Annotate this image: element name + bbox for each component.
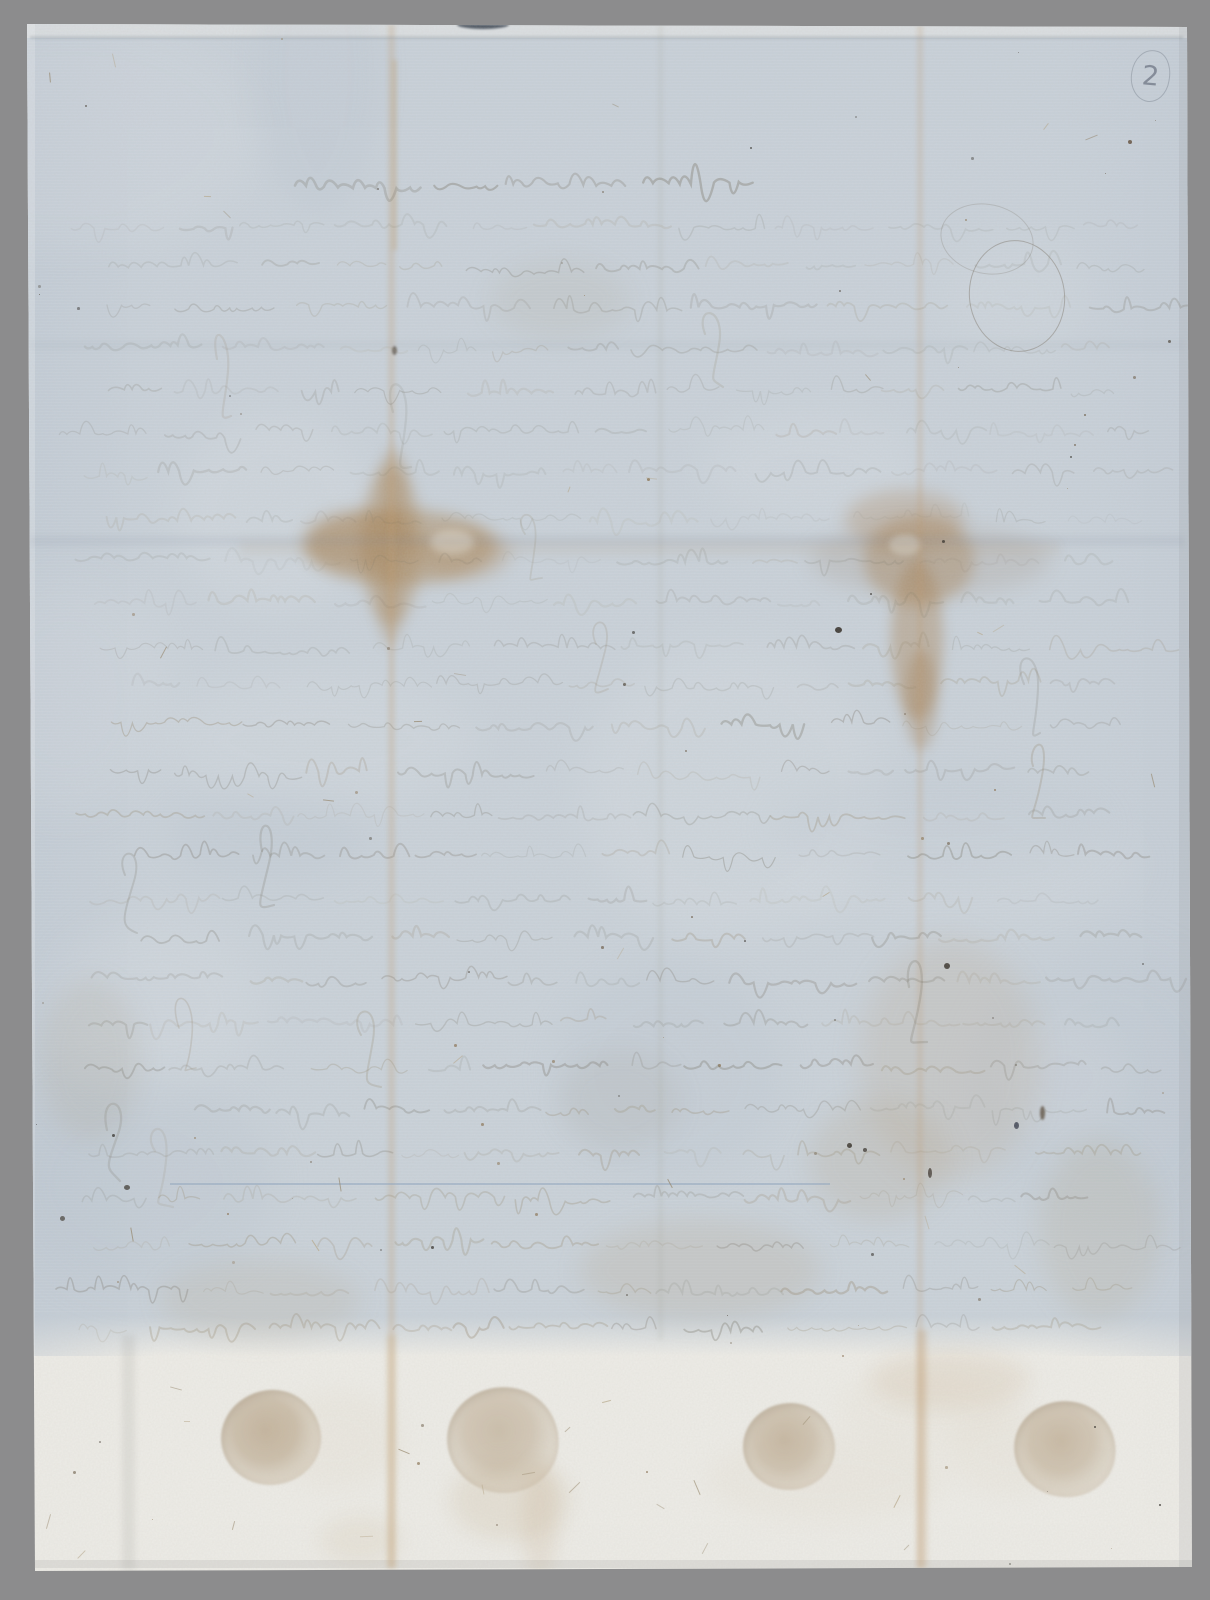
paper-speck: [842, 1355, 844, 1357]
paper-fibre: [204, 196, 211, 197]
paper-speck: [1047, 1491, 1048, 1492]
fold-line-vertical: [658, 24, 663, 1340]
handwriting-bleedthrough: [0, 0, 1210, 1600]
ink-stain: [870, 1350, 1030, 1410]
paper-speck: [1159, 1504, 1161, 1506]
paper-speck: [552, 1060, 555, 1063]
fold-line-horizontal: [30, 36, 1183, 39]
paper-speck: [1133, 376, 1136, 379]
paper-speck: [584, 295, 585, 296]
paper-fibre: [46, 1514, 51, 1529]
paper-mottling: [48, 918, 264, 1092]
fold-line-horizontal: [240, 541, 1060, 555]
paper-mottling: [581, 642, 887, 941]
paper-speck: [42, 1002, 44, 1004]
paper-fibre: [822, 892, 829, 897]
paper-mottling: [706, 1435, 945, 1522]
paper-speck: [1070, 456, 1072, 458]
ink-stain: [361, 465, 421, 625]
left-edge-highlight: [27, 24, 35, 1572]
paper-speck: [727, 1315, 728, 1316]
seal-ring-mark: [962, 234, 1073, 358]
ink-speck: [124, 1185, 130, 1190]
paper-mottling: [177, 414, 373, 612]
paper-fibre: [482, 1484, 485, 1494]
ink-speck: [392, 346, 397, 355]
paper-mottling: [255, 0, 381, 215]
ink-speck: [835, 627, 842, 633]
paper-speck: [921, 837, 924, 840]
paper-mottling: [781, 813, 1140, 919]
ink-speck: [863, 1148, 867, 1152]
paper-fibre: [49, 72, 51, 82]
paper-speck: [535, 1213, 538, 1216]
paper-speck: [1111, 1548, 1112, 1549]
paper-speck: [945, 1466, 948, 1469]
ink-stain: [560, 1050, 680, 1150]
paper-mottling: [938, 238, 1095, 352]
paper-speck: [839, 290, 841, 292]
paper-speck: [73, 1471, 76, 1474]
seal-spot: [743, 1403, 835, 1490]
paper-speck: [481, 1123, 484, 1126]
paper-speck: [750, 147, 752, 149]
paper-speck: [1105, 173, 1106, 174]
paper-speck: [744, 940, 746, 942]
paper-speck: [561, 262, 563, 264]
ink-speck: [1040, 1106, 1045, 1120]
paper-fibre: [693, 1480, 700, 1495]
paper-fibre: [567, 487, 570, 493]
paper-speck: [240, 413, 242, 415]
fold-line-vertical: [917, 24, 923, 1568]
paper-speck: [496, 1524, 498, 1526]
paper-mottling: [769, 773, 1105, 884]
paper-fibre: [617, 948, 624, 960]
ink-stain: [905, 650, 937, 750]
paper-fibre: [1043, 123, 1049, 130]
decor-layer: 2: [0, 0, 1210, 1600]
paper-mottling: [999, 1019, 1129, 1137]
ink-stain: [160, 1260, 360, 1340]
paper-speck: [992, 1017, 994, 1019]
paper-speck: [947, 842, 950, 845]
page-number-annotation: 2: [1127, 47, 1174, 104]
paper-speck: [431, 1246, 434, 1249]
paper-fibre: [232, 1521, 235, 1530]
paper-speck: [77, 307, 80, 310]
ink-stain: [845, 490, 965, 550]
paper-speck: [647, 478, 650, 481]
paper-speck: [194, 1137, 196, 1139]
paper-speck: [626, 1294, 628, 1296]
paper-speck: [618, 1095, 620, 1097]
ink-stain: [450, 1460, 570, 1540]
ink-speck: [944, 963, 950, 969]
paper-fibre: [993, 625, 1005, 633]
ink-stain: [320, 1515, 400, 1565]
paper-fibre: [130, 1228, 133, 1242]
ink-speck: [1128, 140, 1132, 144]
scan-mat: 2: [0, 0, 1210, 1600]
paper-speck: [292, 1198, 293, 1199]
paper-speck: [117, 1281, 119, 1283]
paper-speck: [942, 540, 945, 543]
ink-stain: [490, 260, 630, 340]
paper-fibre: [1151, 774, 1155, 788]
paper-speck: [421, 1424, 424, 1427]
paper-speck: [904, 713, 906, 715]
seal-ring-mark: [934, 195, 1040, 283]
paper-speck: [85, 105, 87, 107]
paper-fibre: [522, 1472, 535, 1475]
paper-speck: [454, 1044, 457, 1047]
paper-speck: [858, 1325, 859, 1326]
paper-speck: [718, 1064, 721, 1067]
bottom-edge-shading: [35, 1560, 1192, 1568]
paper-speck: [965, 219, 967, 221]
paper-speck: [958, 367, 959, 368]
ink-stain: [810, 525, 1050, 595]
paper-speck: [1155, 120, 1156, 121]
paper-fibre: [360, 1536, 373, 1537]
fold-line-vertical: [388, 24, 395, 1568]
paper-speck: [1142, 963, 1144, 965]
fold-line-horizontal: [170, 1183, 830, 1185]
paper-speck: [1162, 1092, 1164, 1094]
paper-speck: [1168, 340, 1171, 343]
paper-speck: [468, 971, 470, 973]
page-number-text: 2: [1141, 60, 1161, 92]
paper-fibre: [1014, 1265, 1026, 1275]
paper-speck: [369, 837, 372, 840]
paper-speck: [1094, 1426, 1096, 1428]
paper-speck: [971, 157, 974, 160]
paper-speck: [1084, 414, 1086, 416]
ink-speck: [928, 1168, 932, 1178]
paper-speck: [646, 1471, 648, 1473]
paper-fibre: [112, 54, 116, 68]
paper-fibre: [702, 1543, 709, 1554]
paper-fibre: [414, 721, 422, 722]
fold-line-vertical: [917, 1330, 927, 1568]
paper-speck: [1018, 52, 1019, 53]
paper-fibre: [247, 793, 254, 797]
paper-fibre: [323, 799, 334, 801]
paper-fibre: [977, 632, 983, 636]
fold-line-vertical: [122, 1335, 135, 1570]
paper-fibre: [312, 1240, 320, 1251]
paper-speck: [855, 116, 857, 118]
paper-fibre: [565, 1427, 571, 1432]
paper-fibre: [569, 1482, 580, 1493]
paper-speck: [38, 285, 41, 288]
paper-speck: [1015, 1064, 1017, 1066]
paper-mottling: [837, 1369, 1015, 1448]
ink-stain: [40, 980, 140, 1140]
paper-fibre: [407, 514, 413, 517]
paper-speck: [377, 188, 379, 190]
ink-stain: [379, 448, 407, 532]
paper-mottling: [9, 1075, 273, 1292]
paper-fibre: [893, 1495, 900, 1508]
paper-speck: [380, 1249, 382, 1251]
fold-line-vertical: [392, 60, 397, 250]
paper-grain-texture: [0, 0, 1210, 1600]
paper-fibre: [77, 1550, 85, 1559]
paper-fibre: [656, 1504, 664, 1509]
paper-speck: [99, 1441, 101, 1443]
paper-speck: [39, 294, 40, 295]
paper-speck: [497, 1162, 500, 1165]
ink-stain: [889, 535, 921, 555]
ink-stain: [305, 509, 495, 585]
ink-stain: [580, 1220, 820, 1320]
paper-speck: [1067, 488, 1068, 489]
paper-speck: [834, 1019, 836, 1021]
paper-speck: [232, 1261, 235, 1264]
paper-fibre: [1085, 135, 1097, 141]
paper-mottling: [704, 411, 917, 522]
paper-speck: [310, 1161, 312, 1163]
paper-speck: [685, 750, 687, 752]
paper-mottling: [552, 962, 784, 1183]
paper-fibre: [170, 1386, 182, 1390]
paper-fibre: [338, 1178, 341, 1192]
ink-stain: [303, 510, 413, 570]
seal-spot: [440, 1380, 566, 1501]
ink-stain: [864, 515, 974, 605]
paper-fibre: [904, 1545, 910, 1551]
paper-speck: [417, 1462, 420, 1465]
paper-mottling: [0, 19, 260, 253]
fold-line-vertical: [387, 1335, 396, 1568]
paper-mottling: [970, 945, 1210, 1237]
paper-speck: [632, 631, 635, 634]
paper-speck: [730, 1342, 732, 1344]
paper-fibre: [454, 673, 466, 676]
paper-speck: [602, 191, 604, 193]
seal-spot: [216, 1385, 325, 1490]
ink-stain: [430, 530, 474, 554]
ink-stain: [860, 940, 1040, 1180]
ink-speck: [457, 20, 509, 29]
paper-speck: [387, 647, 390, 650]
paper-speck: [663, 1037, 664, 1038]
fold-line-horizontal: [30, 341, 1185, 349]
ink-speck: [847, 1143, 852, 1148]
paper-speck: [994, 789, 996, 791]
ink-stain: [810, 1100, 950, 1220]
paper-fibre: [667, 1179, 673, 1188]
paper-fibre: [223, 211, 231, 219]
right-edge-shading: [1179, 24, 1192, 1568]
paper-fibre: [184, 1421, 190, 1422]
paper-fibre: [398, 1449, 409, 1455]
ink-stain: [891, 560, 943, 720]
paper-speck: [152, 1519, 153, 1520]
ink-stain: [414, 527, 510, 579]
paper-speck: [903, 1178, 905, 1180]
paper-fibre: [803, 1416, 811, 1425]
paper-speck: [814, 1152, 817, 1155]
paper-speck: [281, 38, 283, 40]
paper-mottling: [0, 575, 169, 814]
paper-fibre: [602, 1400, 611, 1403]
paper-fibre: [924, 1216, 929, 1230]
paper-speck: [978, 1298, 981, 1301]
paper-speck: [623, 683, 626, 686]
paper-speck: [112, 1134, 115, 1137]
paper-speck: [870, 593, 872, 595]
paper-fibre: [612, 104, 619, 108]
fold-line-horizontal: [30, 536, 1185, 546]
paper-mottling: [272, 1390, 401, 1489]
paper-speck: [355, 791, 358, 794]
paper-speck: [36, 1124, 37, 1125]
paper-fibre: [453, 1055, 463, 1063]
paper-fibre: [865, 374, 871, 381]
paper-fibre: [160, 647, 167, 659]
paper-speck: [601, 946, 604, 949]
paper-mottling: [167, 672, 477, 809]
ink-speck: [1014, 1122, 1019, 1129]
ink-stain: [378, 558, 402, 646]
seal-spot: [1005, 1391, 1125, 1506]
paper-mottling: [946, 1411, 1078, 1496]
ink-speck: [60, 1216, 65, 1221]
paper-speck: [227, 1213, 229, 1215]
paper-mottling: [164, 793, 372, 883]
paper-speck: [871, 1253, 874, 1256]
paper-speck: [1074, 444, 1076, 446]
paper-speck: [132, 613, 135, 616]
ink-stain: [1040, 1140, 1160, 1320]
paper-speck: [229, 395, 231, 397]
paper-speck: [691, 916, 693, 918]
paper-fibre: [646, 477, 657, 479]
